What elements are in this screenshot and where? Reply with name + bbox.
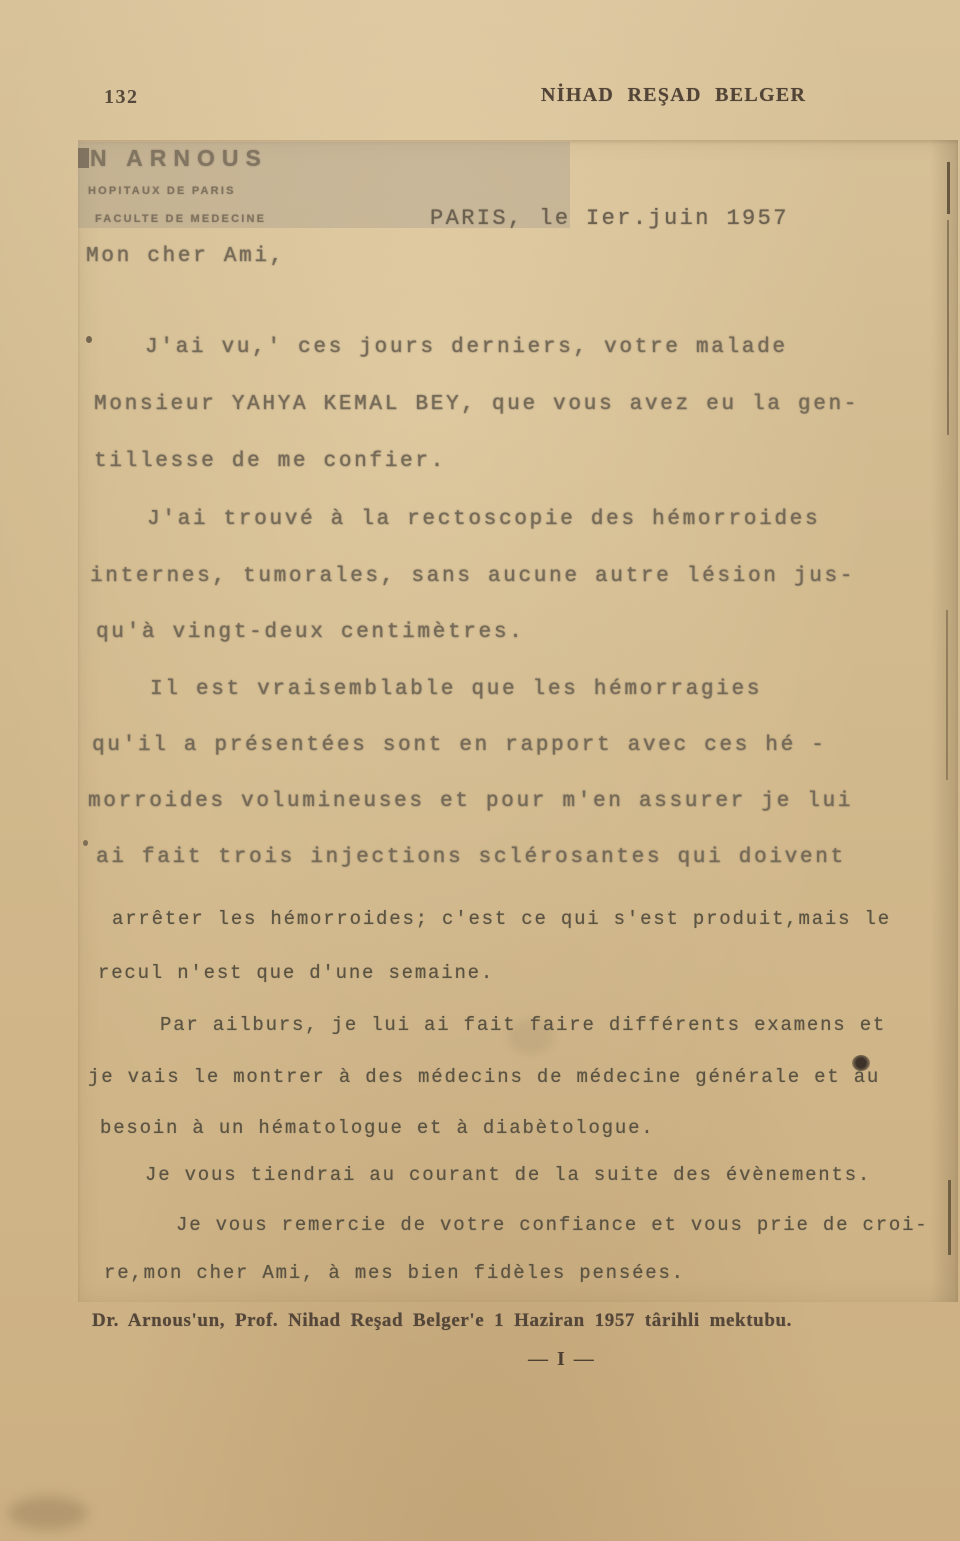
letterhead-affiliation: HOPITAUX DE PARIS	[88, 185, 236, 197]
letter-line: Je vous remercie de votre confiance et v…	[176, 1214, 929, 1236]
letterhead-affiliation: FACULTE DE MEDECINE	[95, 213, 266, 225]
letter-line: J'ai trouvé à la rectoscopie des hémorro…	[147, 508, 820, 531]
letter-line: internes, tumorales, sans aucune autre l…	[90, 565, 855, 588]
letter-line: tillesse de me confier.	[94, 450, 446, 473]
scan-edge-mark	[946, 610, 948, 780]
letter-line: J'ai vu,' ces jours derniers, votre mala…	[145, 336, 788, 359]
letter-line: arrêter les hémorroides; c'est ce qui s'…	[112, 908, 891, 930]
letter-line: qu'à vingt-deux centimètres.	[96, 621, 524, 644]
ink-speck	[83, 840, 88, 846]
ink-speck	[86, 336, 92, 343]
clipped-letterhead-mark	[78, 148, 89, 168]
letter-line: Il est vraisemblable que les hémorragies	[150, 678, 762, 701]
page-number: 132	[104, 86, 139, 109]
book-page: 132 NİHAD REŞAD BELGER N ARNOUS HOPITAUX…	[0, 0, 960, 1541]
letter-dateline: PARIS, le Ier.juin 1957	[430, 206, 789, 231]
letter-line: Par ailburs, je lui ai fait faire différ…	[160, 1014, 886, 1036]
letter-line: re,mon cher Ami, à mes bien fidèles pens…	[104, 1262, 685, 1284]
letter-line: ai fait trois injections sclérosantes qu…	[96, 846, 846, 869]
scan-edge-mark	[948, 1180, 951, 1255]
letter-line: qu'il a présentées sont en rapport avec …	[92, 734, 827, 757]
letter-salutation: Mon cher Ami,	[86, 245, 285, 268]
letter-line: Monsieur YAHYA KEMAL BEY, que vous avez …	[94, 393, 859, 416]
scan-edge-mark	[947, 220, 949, 435]
scan-edge-mark	[947, 162, 950, 214]
letter-line: Je vous tiendrai au courant de la suite …	[145, 1164, 871, 1186]
running-header: NİHAD REŞAD BELGER	[541, 84, 806, 107]
page-fold-shadow	[930, 140, 958, 1302]
letter-line: morroides volumineuses et pour m'en assu…	[88, 790, 853, 813]
letterhead-name: N ARNOUS	[90, 145, 268, 172]
letter-line: recul n'est que d'une semaine.	[98, 962, 494, 984]
letter-line: besoin à un hématologue et à diabètologu…	[100, 1117, 654, 1139]
paper-smudge	[8, 1496, 88, 1530]
figure-caption: Dr. Arnous'un, Prof. Nihad Reşad Belger'…	[92, 1310, 922, 1332]
page-roman-numeral: — I —	[528, 1348, 596, 1371]
letter-line: je vais le montrer à des médecins de méd…	[88, 1066, 880, 1088]
